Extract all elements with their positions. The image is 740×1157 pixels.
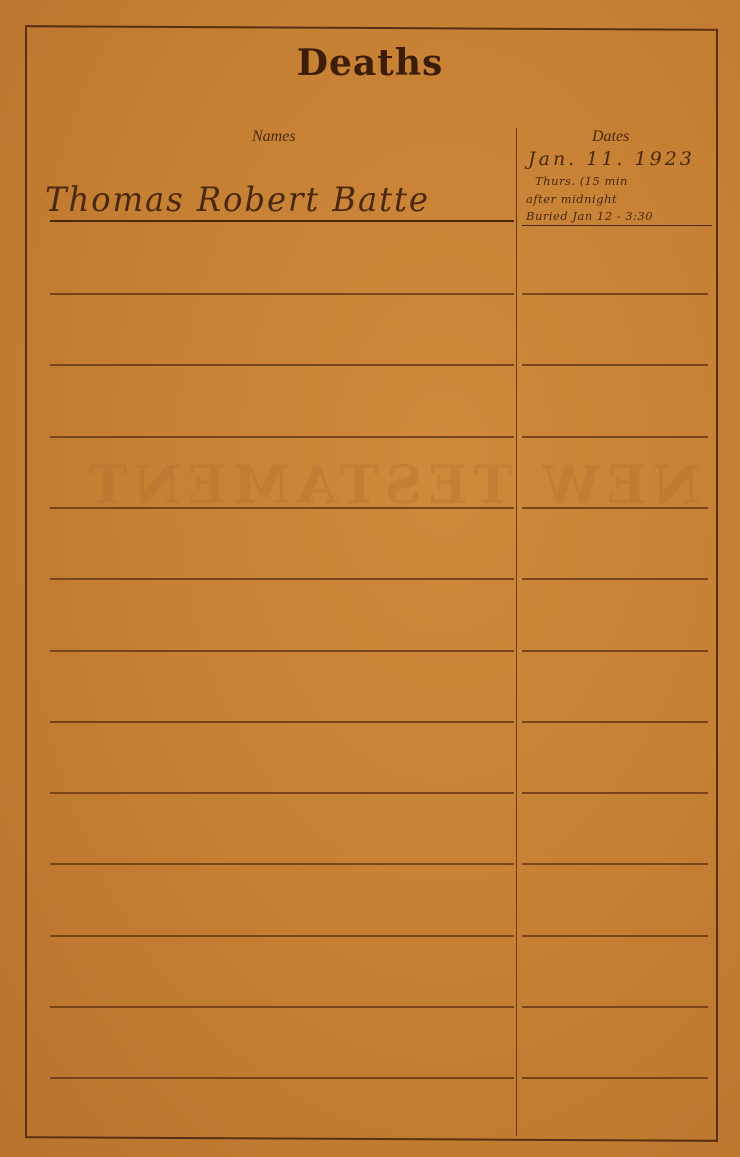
ruled-line bbox=[50, 1077, 514, 1079]
ruled-line bbox=[50, 364, 514, 366]
ruled-line bbox=[522, 364, 708, 366]
date-note: Buried Jan 12 - 3:30 bbox=[526, 209, 653, 223]
entry-rule bbox=[522, 225, 712, 226]
date-entry: Jan. 11. 1923 bbox=[528, 148, 695, 170]
ruled-line bbox=[522, 507, 708, 509]
ruled-line bbox=[50, 1006, 514, 1008]
ruled-line bbox=[522, 863, 708, 865]
date-note: after midnight bbox=[526, 192, 617, 206]
page-title: Deaths bbox=[0, 42, 740, 84]
ruled-line bbox=[50, 578, 514, 580]
entry-rule bbox=[50, 220, 514, 222]
ruled-line bbox=[50, 721, 514, 723]
ruled-line bbox=[522, 1006, 708, 1008]
ruled-line bbox=[522, 792, 708, 794]
dates-column-header: Dates bbox=[592, 128, 629, 146]
ruled-line bbox=[50, 792, 514, 794]
names-column-header: Names bbox=[252, 128, 296, 146]
date-note: Thurs. (15 min bbox=[535, 174, 628, 188]
ruled-line bbox=[50, 293, 514, 295]
ruled-line bbox=[522, 436, 708, 438]
ruled-line bbox=[522, 650, 708, 652]
ruled-line bbox=[522, 1077, 708, 1079]
ruled-line bbox=[50, 507, 514, 509]
ruled-line bbox=[50, 650, 514, 652]
column-divider bbox=[516, 128, 517, 1136]
ruled-line bbox=[50, 863, 514, 865]
ruled-line bbox=[522, 935, 708, 937]
ruled-line bbox=[50, 436, 514, 438]
ruled-line bbox=[50, 935, 514, 937]
ruled-line bbox=[522, 721, 708, 723]
name-entry: Thomas Robert Batte bbox=[45, 180, 430, 220]
ruled-line bbox=[522, 578, 708, 580]
ruled-line bbox=[522, 293, 708, 295]
